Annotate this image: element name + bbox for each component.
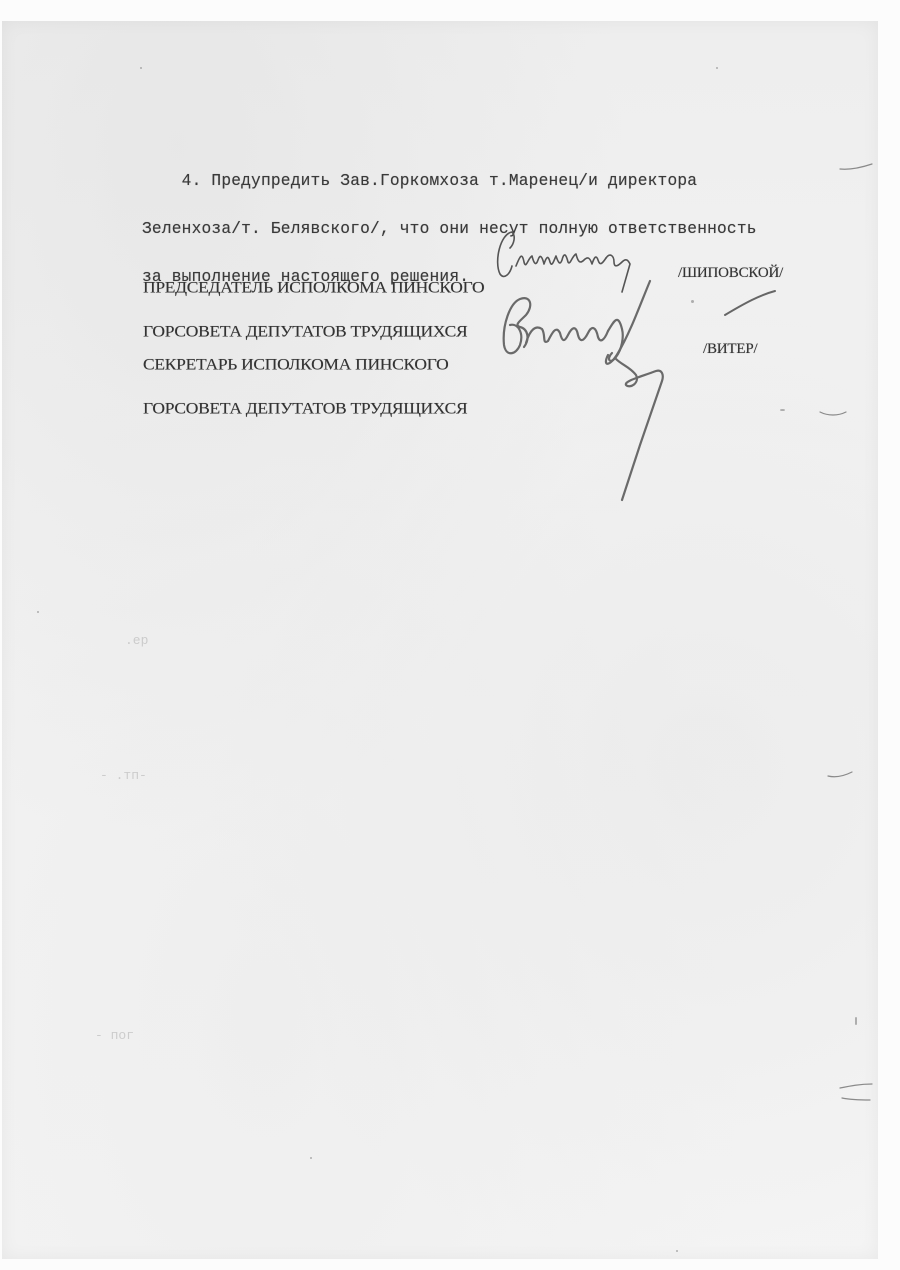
- paragraph-line-1: 4. Предупредить Зав.Горкомхоза т.Маренец…: [142, 173, 757, 189]
- bleed-through-fragment: .ер: [125, 633, 148, 648]
- dust-speck: [780, 409, 785, 411]
- secretary-title: СЕКРЕТАРЬ ИСПОЛКОМА ПИНСКОГО ГОРСОВЕТА Д…: [143, 327, 467, 445]
- dust-speck: [676, 1250, 678, 1252]
- dust-speck: [140, 67, 142, 69]
- dust-speck: [691, 300, 694, 303]
- scanned-page: 4. Предупредить Зав.Горкомхоза т.Маренец…: [0, 0, 900, 1270]
- margin-marks: [780, 140, 900, 1140]
- dust-speck: [310, 1157, 312, 1159]
- chairman-title-line-1: ПРЕДСЕДАТЕЛЬ ИСПОЛКОМА ПИНСКОГО: [143, 279, 484, 294]
- secretary-title-line-2: ГОРСОВЕТА ДЕПУТАТОВ ТРУДЯЩИХСЯ: [143, 401, 467, 416]
- secretary-signature: [490, 285, 830, 525]
- bleed-through-fragment: - пог: [95, 1028, 134, 1043]
- secretary-title-line-1: СЕКРЕТАРЬ ИСПОЛКОМА ПИНСКОГО: [143, 356, 467, 371]
- dust-speck: [855, 1017, 857, 1025]
- dust-speck: [37, 611, 39, 613]
- dust-speck: [716, 67, 718, 69]
- bleed-through-fragment: - .тп-: [100, 768, 147, 783]
- chairman-name: /ШИПОВСКОЙ/: [678, 265, 783, 282]
